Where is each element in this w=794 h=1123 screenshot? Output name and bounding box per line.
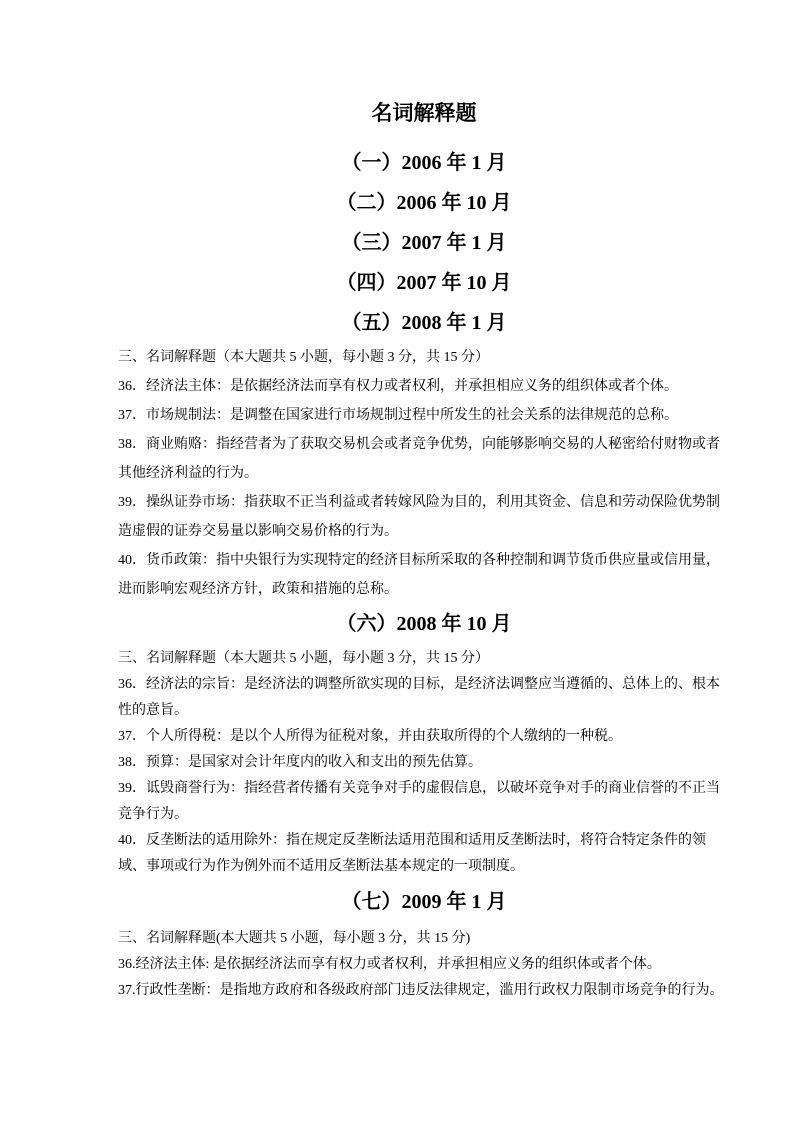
section-intro: 三、名词解释题（本大题共 5 小题，每小题 3 分，共 15 分） [118,646,730,672]
section-intro: 三、名词解释题（本大题共 5 小题，每小题 3 分，共 15 分） [118,343,730,372]
definition-item: 37．个人所得税：是以个人所得为征税对象，并由获取所得的个人缴纳的一种税。 [118,724,730,750]
definition-item: 37．市场规制法：是调整在国家进行市场规制过程中所发生的社会关系的法律规范的总称… [118,401,730,430]
definition-item: 36.经济法主体: 是依据经济法而享有权力或者权利，并承担相应义务的组织体或者个… [118,952,730,978]
exam-date-heading: （二）2006 年 10 月 [118,183,730,223]
section-intro: 三、名词解释题(本大题共 5 小题，每小题 3 分，共 15 分) [118,926,730,952]
definition-item: 38．商业贿赂：指经营者为了获取交易机会或者竞争优势，向能够影响交易的人秘密给付… [118,430,730,488]
exam-section-2008-oct: （六）2008 年 10 月 三、名词解释题（本大题共 5 小题，每小题 3 分… [118,610,730,880]
exam-section-2009-jan: （七）2009 年 1 月 三、名词解释题(本大题共 5 小题，每小题 3 分，… [118,888,730,1004]
exam-date-heading: （五）2008 年 1 月 [118,303,730,343]
page-title: 名词解释题 [118,101,730,127]
definition-list: 36．经济法主体：是依据经济法而享有权力或者权利，并承担相应义务的组织体或者个体… [118,372,730,604]
exam-date-heading: （六）2008 年 10 月 [118,610,730,638]
definition-item: 38．预算：是国家对会计年度内的收入和支出的预先估算。 [118,750,730,776]
exam-date-list: （一）2006 年 1 月 （二）2006 年 10 月 （三）2007 年 1… [118,143,730,343]
definition-list: 36．经济法的宗旨：是经济法的调整所欲实现的目标，是经济法调整应当遵循的、总体上… [118,672,730,880]
definition-item: 39．诋毁商誉行为：指经营者传播有关竞争对手的虚假信息，以破坏竞争对手的商业信誉… [118,776,730,828]
document-page: 名词解释题 （一）2006 年 1 月 （二）2006 年 10 月 （三）20… [0,0,794,1123]
exam-date-heading: （四）2007 年 10 月 [118,263,730,303]
definition-item: 39．操纵证券市场：指获取不正当利益或者转嫁风险为目的，利用其资金、信息和劳动保… [118,488,730,546]
definition-item: 36．经济法的宗旨：是经济法的调整所欲实现的目标，是经济法调整应当遵循的、总体上… [118,672,730,724]
definition-item: 36．经济法主体：是依据经济法而享有权力或者权利，并承担相应义务的组织体或者个体… [118,372,730,401]
exam-date-heading: （三）2007 年 1 月 [118,223,730,263]
exam-date-heading: （一）2006 年 1 月 [118,143,730,183]
exam-date-heading: （七）2009 年 1 月 [118,888,730,916]
definition-item: 37.行政性垄断：是指地方政府和各级政府部门违反法律规定，滥用行政权力限制市场竞… [118,978,730,1004]
definition-list: 36.经济法主体: 是依据经济法而享有权力或者权利，并承担相应义务的组织体或者个… [118,952,730,1004]
exam-section-2008-jan: 三、名词解释题（本大题共 5 小题，每小题 3 分，共 15 分） 36．经济法… [118,343,730,604]
definition-item: 40．反垄断法的适用除外：指在规定反垄断法适用范围和适用反垄断法时，将符合特定条… [118,828,730,880]
definition-item: 40．货币政策：指中央银行为实现特定的经济目标所采取的各种控制和调节货币供应量或… [118,546,730,604]
